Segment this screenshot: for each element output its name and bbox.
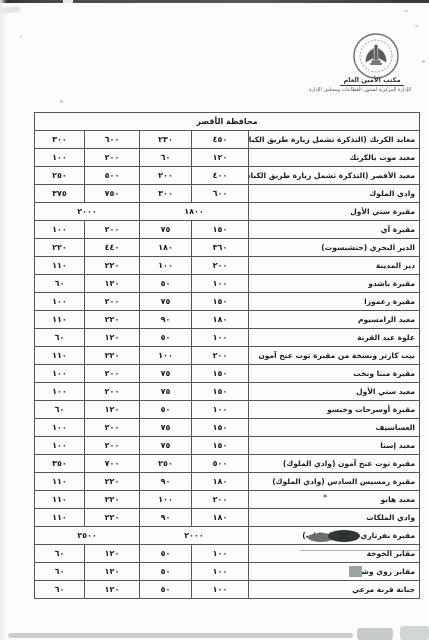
price-cell: ١٨٠ [140, 239, 192, 257]
price-cell: ٥٠ [140, 563, 192, 581]
table-row: معبد الرامسيوم١٨٠٩٠٢٢٠١١٠ [34, 311, 419, 329]
price-cell: ٦٠ [34, 401, 84, 419]
price-cell: ٦٠ [140, 149, 192, 167]
scan-speck [422, 60, 425, 63]
site-name-cell: مقبرة رمسيس السادس (وادي الملوك) [249, 473, 420, 491]
site-name-cell: مقبرة ستي الأول [249, 203, 420, 221]
price-cell: ١٠٠ [140, 347, 192, 365]
scan-bottom-shadow [8, 633, 353, 638]
price-table-body: محافظة الأقصر معابد الكرنك (التذكرة تشمل… [34, 113, 419, 599]
table-row: مقبرة توت عنخ آمون (وادي الملوك)٥٠٠٢٥٠٧٠… [34, 455, 419, 473]
scan-speck [20, 36, 22, 38]
table-row: معبد الأقصر (التذكرة تشمل زيارة طريق الك… [34, 167, 419, 185]
price-cell: ٩٠ [140, 311, 192, 329]
red-asterisk-mark: * [323, 494, 327, 502]
price-cell: ٥٠٠ [192, 455, 249, 473]
price-cell: ٤٤٠ [85, 239, 140, 257]
site-name-cell: مقبرة نفرتاري (وادي الملكات) [249, 527, 420, 545]
price-cell: ٢٢٠ [85, 491, 140, 509]
site-name-cell: العساسيف [249, 419, 420, 437]
site-name-cell: مقابر روي وشر [249, 563, 420, 581]
price-cell: ٢٠٠ [85, 365, 140, 383]
price-cell: ٢٥٠ [34, 167, 84, 185]
price-cell-merged: ٢٥٠٠ [34, 527, 139, 545]
price-cell: ٢٢٠ [34, 239, 84, 257]
price-cell: ١١٠ [34, 509, 84, 527]
pen-line-mark [300, 550, 419, 551]
scan-bottom-shadow [357, 628, 393, 640]
table-row: مقبرة ستي الأول١٨٠٠٢٠٠٠ [34, 203, 419, 221]
price-cell: ٢٠٠ [85, 437, 140, 455]
site-name-cell: الدير البحري (حتشبسوت) [249, 239, 420, 257]
site-name-cell: مقبرة آي [249, 221, 420, 239]
site-name-cell: معبد الأقصر (التذكرة تشمل زيارة طريق الك… [249, 167, 420, 185]
price-cell: ٢٠٠ [140, 167, 192, 185]
site-name-cell: دير المدينة [249, 257, 420, 275]
table-row: معابد الكرنك (التذكرة تشمل زيارة طريق ال… [34, 131, 419, 149]
price-cell: ٧٥ [140, 437, 192, 455]
price-cell: ٥٠ [140, 401, 192, 419]
price-cell: ١٠٠ [192, 563, 249, 581]
price-table: محافظة الأقصر معابد الكرنك (التذكرة تشمل… [34, 112, 420, 599]
price-cell: ٧٥ [140, 383, 192, 401]
site-name-cell: معبد موت بالكرنك [249, 149, 420, 167]
price-cell: ٧٥٠ [85, 185, 140, 203]
table-row: مقبرة آي١٥٠٧٥٢٠٠١٠٠ [34, 221, 419, 239]
price-cell: ٥٠ [140, 545, 192, 563]
scan-speck [404, 10, 408, 12]
office-title: مكتب الأمين العام [340, 77, 404, 86]
price-cell: ١٨٠ [192, 473, 249, 491]
price-cell: ١٢٠ [85, 401, 140, 419]
scan-speck [415, 25, 418, 27]
table-row: مقبرة رمسيس السادس (وادي الملوك)١٨٠٩٠٢٢٠… [34, 473, 419, 491]
price-cell: ٢٠٠ [85, 383, 140, 401]
price-cell: ١٠٠ [140, 491, 192, 509]
price-cell: ٦٠٠ [192, 185, 249, 203]
price-cell: ٢٠٠ [192, 257, 249, 275]
price-cell: ١٨٠ [192, 311, 249, 329]
price-cell: ٥٠ [140, 581, 192, 599]
price-cell: ٧٠٠ [85, 455, 140, 473]
table-row: علوة عبد القرنة١٠٠٥٠١٢٠٦٠ [34, 329, 419, 347]
site-name-cell: مقابر الخوخة [249, 545, 420, 563]
table-row: جبانة قرنة مرعي١٠٠٥٠١٢٠٦٠ [34, 581, 419, 599]
price-cell: ٧٥ [140, 221, 192, 239]
price-cell: ١٠٠ [192, 275, 249, 293]
table-row: معبد هابو*٢٠٠١٠٠٢٢٠١١٠ [34, 491, 419, 509]
table-row: الدير البحري (حتشبسوت)٣٦٠١٨٠٤٤٠٢٢٠ [34, 239, 419, 257]
site-name-cell: بيت كارتر ونسخة من مقبرة توت عنخ آمون [249, 347, 420, 365]
price-cell: ١٠٠ [192, 329, 249, 347]
egypt-eagle-seal-icon [352, 33, 400, 81]
site-name-cell: معبد ستي الأول [249, 383, 420, 401]
table-row: مقبرة نفرتاري (وادي الملكات)٢٠٠٠٢٥٠٠ [34, 527, 419, 545]
price-cell: ١١٠ [34, 257, 84, 275]
price-cell: ٦٠٠ [85, 131, 140, 149]
price-cell: ١٠٠ [34, 221, 84, 239]
price-cell: ١٠٠ [192, 581, 249, 599]
price-cell: ٢٠٠ [85, 419, 140, 437]
price-cell: ٢٠٠ [192, 347, 249, 365]
price-cell: ١٨٠ [192, 509, 249, 527]
site-name-cell: مقبرة رعموزا [249, 293, 420, 311]
table-row: مقبرة أوسرحات وخنسو١٠٠٥٠١٢٠٦٠ [34, 401, 419, 419]
price-cell: ١١٠ [34, 491, 84, 509]
price-cell: ٦٠ [34, 275, 84, 293]
price-cell: ١٢٠ [85, 275, 140, 293]
price-cell: ٦٠ [34, 581, 84, 599]
price-cell: ٩٠ [140, 473, 192, 491]
price-cell: ٧٥ [140, 419, 192, 437]
price-cell: ١٥٠ [192, 221, 249, 239]
redaction-mark [349, 566, 362, 577]
price-cell: ٢٠٠ [192, 491, 249, 509]
price-cell: ٢٠٠ [85, 221, 140, 239]
price-cell: ١٢٠ [85, 563, 140, 581]
table-row: وادي الملوك٦٠٠٣٠٠٧٥٠٣٧٥ [34, 185, 419, 203]
price-cell: ١٢٠ [85, 329, 140, 347]
price-cell: ٢٢٠ [85, 473, 140, 491]
scan-bottom-shadow [400, 626, 429, 640]
price-cell: ٦٠ [34, 563, 84, 581]
price-cell: ٢٠٠ [85, 149, 140, 167]
price-cell-merged: ٢٠٠٠ [140, 527, 249, 545]
price-cell: ١٠٠ [192, 401, 249, 419]
price-cell: ٢٢٠ [85, 347, 140, 365]
price-cell: ٥٠ [140, 329, 192, 347]
price-cell: ١٠٠ [34, 437, 84, 455]
price-cell: ٧٥ [140, 365, 192, 383]
price-cell: ١٠٠ [34, 293, 84, 311]
site-name-cell: مقبرة باشدو [249, 275, 420, 293]
table-row: وادي الملكات١٨٠٩٠٢٢٠١١٠ [34, 509, 419, 527]
price-cell: ١٢٠ [85, 581, 140, 599]
governorate-title: محافظة الأقصر [34, 113, 419, 131]
table-row: مقبرة باشدو١٠٠٥٠١٢٠٦٠ [34, 275, 419, 293]
price-cell: ٧٥ [140, 293, 192, 311]
price-cell: ١٠٠ [34, 419, 84, 437]
price-cell: ١١٠ [34, 311, 84, 329]
table-row: معبد إسنا١٥٠٧٥٢٠٠١٠٠ [34, 437, 419, 455]
price-cell: ٢٠٠ [85, 293, 140, 311]
price-cell: ٤٥٠ [192, 131, 249, 149]
price-cell: ١٥٠ [192, 383, 249, 401]
site-name-cell: وادي الملوك [249, 185, 420, 203]
price-cell: ١٠٠ [34, 383, 84, 401]
price-cell: ٣٦٠ [192, 239, 249, 257]
site-name-cell: علوة عبد القرنة [249, 329, 420, 347]
table-row: العساسيف١٥٠٧٥٢٠٠١٠٠ [34, 419, 419, 437]
table-row: مقابر روي وشر١٠٠٥٠١٢٠٦٠ [34, 563, 419, 581]
site-name-cell: معبد إسنا [249, 437, 420, 455]
department-title: الإدارة المركزية لشئون القطاعات ومجلس ال… [295, 88, 425, 94]
price-cell: ٩٠ [140, 509, 192, 527]
price-cell: ٣٠٠ [34, 131, 84, 149]
site-name-cell: وادي الملكات [249, 509, 420, 527]
price-cell: ١٥٠ [192, 365, 249, 383]
price-cell: ١٢٠ [192, 149, 249, 167]
price-cell: ٣٧٥ [34, 185, 84, 203]
price-cell-merged: ١٨٠٠ [140, 203, 249, 221]
scan-left-shadow [0, 0, 7, 640]
site-name-cell: معبد الرامسيوم [249, 311, 420, 329]
table-row: مقبرة مننا ونخت١٥٠٧٥٢٠٠١٠٠ [34, 365, 419, 383]
table-row: مقبرة رعموزا١٥٠٧٥٢٠٠١٠٠ [34, 293, 419, 311]
site-name-cell: معبد هابو* [249, 491, 420, 509]
table-row: معبد موت بالكرنك١٢٠٦٠٢٠٠١٠٠ [34, 149, 419, 167]
price-cell: ١٥٠ [192, 293, 249, 311]
price-cell: ٢٢٠ [85, 509, 140, 527]
price-cell: ٢٥٠ [140, 455, 192, 473]
price-cell: ٦٠ [34, 545, 84, 563]
price-cell: ١١٠ [34, 473, 84, 491]
price-cell: ٣٥٠ [34, 455, 84, 473]
price-cell: ١٠٠ [192, 545, 249, 563]
price-cell: ١٥٠ [192, 419, 249, 437]
table-row: مقابر الخوخة١٠٠٥٠١٢٠٦٠ [34, 545, 419, 563]
price-cell: ٢٢٠ [85, 257, 140, 275]
price-cell: ١١٠ [34, 347, 84, 365]
price-cell: ٣٠٠ [140, 185, 192, 203]
site-name-cell: مقبرة مننا ونخت [249, 365, 420, 383]
table-row: دير المدينة٢٠٠١٠٠٢٢٠١١٠ [34, 257, 419, 275]
price-cell: ١٠٠ [140, 257, 192, 275]
price-cell-merged: ٢٠٠٠ [34, 203, 139, 221]
site-name-cell: معابد الكرنك (التذكرة تشمل زيارة طريق ال… [249, 131, 420, 149]
scan-top-notch [63, 0, 73, 3]
price-cell: ٢٣٠ [140, 131, 192, 149]
scan-speck [60, 100, 63, 103]
price-cell: ١٢٠ [85, 545, 140, 563]
table-row: معبد ستي الأول١٥٠٧٥٢٠٠١٠٠ [34, 383, 419, 401]
price-cell: ٥٠ [140, 275, 192, 293]
price-cell: ٢٢٠ [85, 311, 140, 329]
table-title-row: محافظة الأقصر [34, 113, 419, 131]
price-cell: ٥٠٠ [85, 167, 140, 185]
price-cell: ٦٠ [34, 329, 84, 347]
site-name-cell: مقبرة أوسرحات وخنسو [249, 401, 420, 419]
site-name-cell: مقبرة توت عنخ آمون (وادي الملوك) [249, 455, 420, 473]
price-cell: ١٥٠ [192, 437, 249, 455]
price-cell: ١٠٠ [34, 365, 84, 383]
site-name-cell: جبانة قرنة مرعي [249, 581, 420, 599]
table-row: بيت كارتر ونسخة من مقبرة توت عنخ آمون٢٠٠… [34, 347, 419, 365]
price-cell: ٤٠٠ [192, 167, 249, 185]
price-cell: ١٠٠ [34, 149, 84, 167]
